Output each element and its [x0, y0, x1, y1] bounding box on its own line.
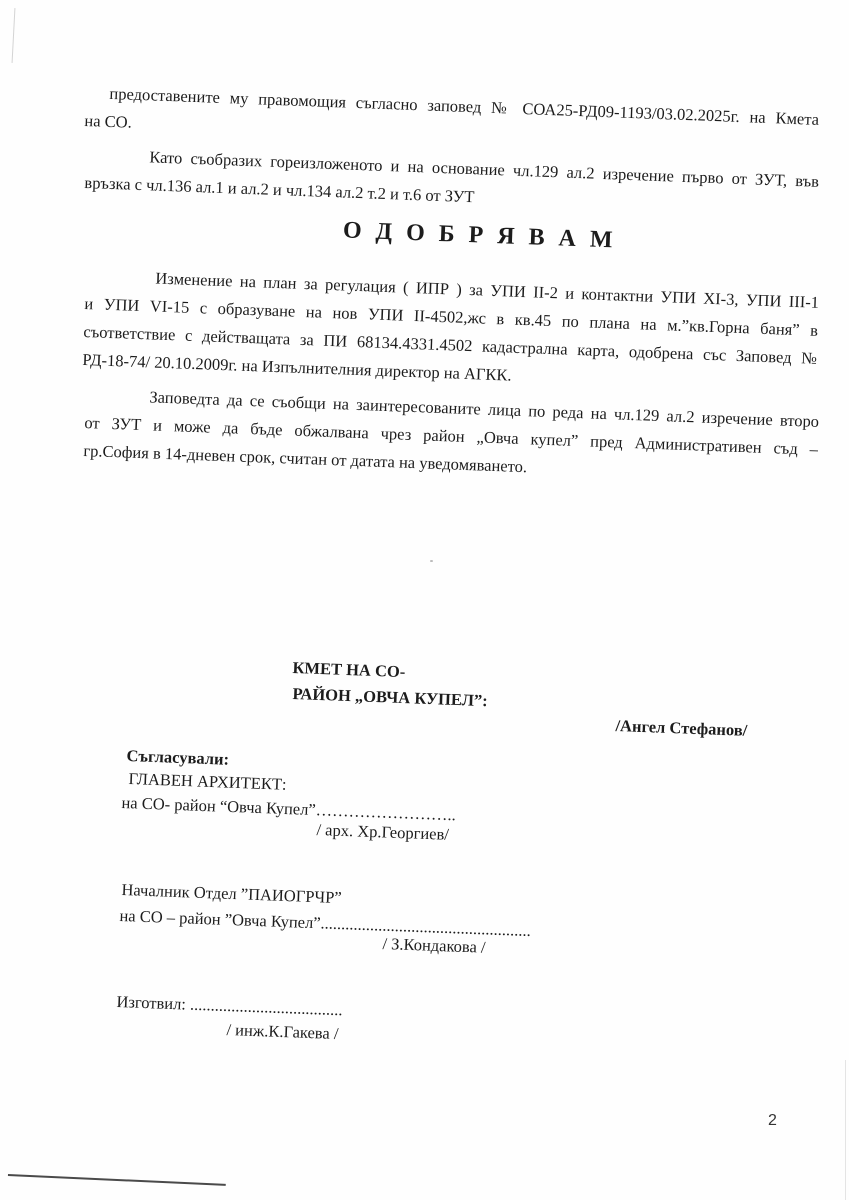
- dept-head-name: / З.Кондакова /: [382, 931, 486, 961]
- scan-artifact-speck: [430, 560, 433, 562]
- paragraph-notification-appeal: Заповедта да се съобщи на заинтересовани…: [83, 381, 820, 492]
- scan-artifact-corner-mark: [12, 8, 16, 63]
- scan-artifact-next-page-edge: [8, 1174, 226, 1186]
- scan-artifact-right-edge: [845, 1060, 846, 1200]
- page-number: 2: [768, 1112, 777, 1130]
- mayor-name: /Ангел Стефанов/: [615, 713, 748, 744]
- prepared-by-name: / инж.К.Гакева /: [226, 1017, 339, 1047]
- chief-architect-name: / арх. Хр.Георгиев/: [316, 817, 449, 848]
- paragraph-plan-amendment: Изменение на план за регулация ( ИПР ) з…: [82, 262, 820, 401]
- scanned-document-page: предоставените му правомощия съгласно за…: [0, 0, 849, 1200]
- mayor-title-line2: РАЙОН „ОВЧА КУПЕЛ”:: [292, 681, 488, 714]
